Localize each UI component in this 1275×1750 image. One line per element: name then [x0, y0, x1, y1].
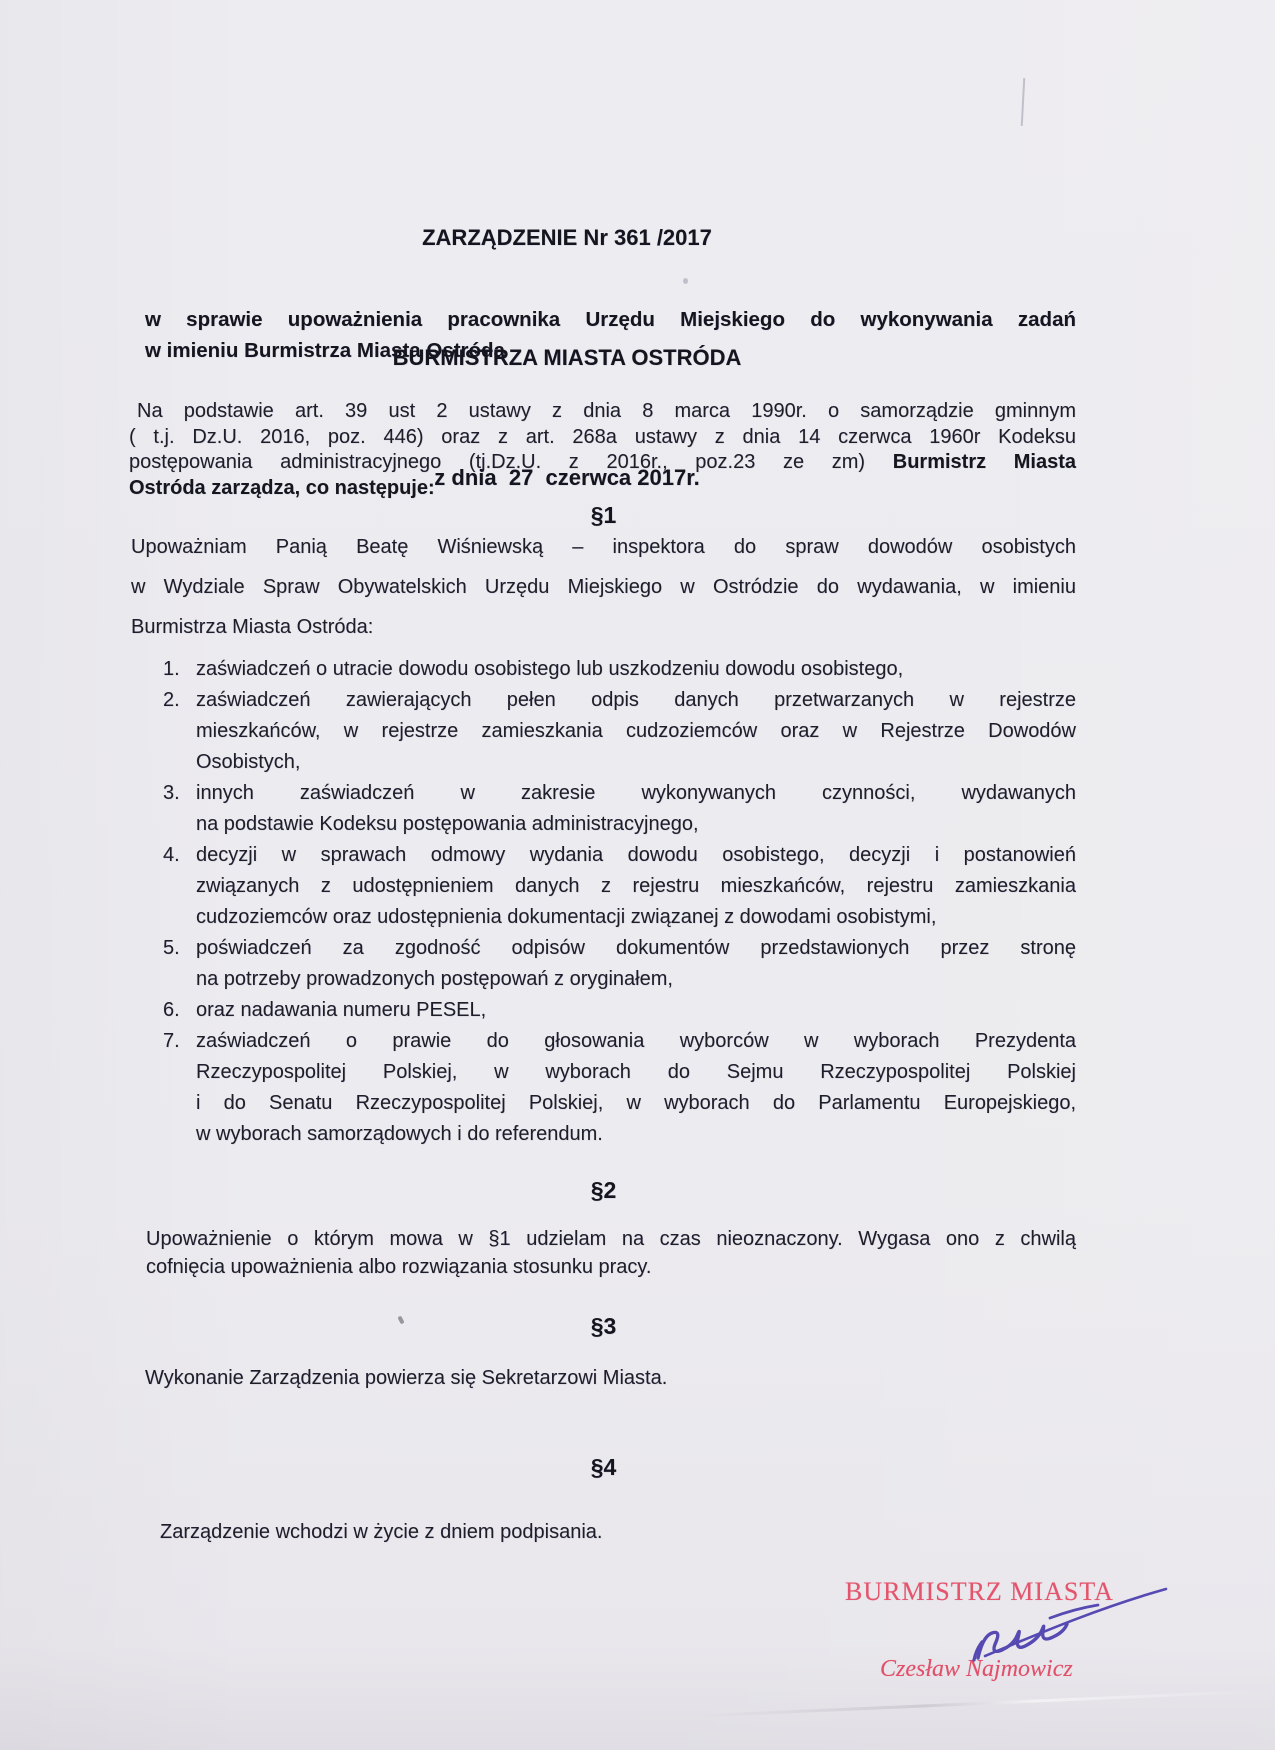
list-item-text: decyzji w sprawach odmowy wydania dowodu… [196, 840, 1076, 871]
subject-line-1: w sprawie upoważnienia pracownika Urzędu… [145, 304, 1076, 335]
intro-line-1: Na podstawie art. 39 ust 2 ustawy z dnia… [129, 399, 1076, 425]
list-item-text: na podstawie Kodeksu postępowania admini… [196, 809, 1076, 840]
list-item-number: 7. [163, 1026, 180, 1057]
signature-ink [938, 1572, 1178, 1672]
list-item-2: 2. zaświadczeń zawierających pełen odpis… [163, 685, 1076, 778]
list-item-text: Rzeczypospolitej Polskiej, w wyborach do… [196, 1057, 1076, 1088]
list-item-number: 6. [163, 995, 180, 1026]
list-item-text: w wyborach samorządowych i do referendum… [196, 1119, 1076, 1150]
list-item-text: i do Senatu Rzeczypospolitej Polskiej, w… [196, 1088, 1076, 1119]
intro-line-2: ( t.j. Dz.U. 2016, poz. 446) oraz z art.… [129, 425, 1076, 451]
list-item-text: zaświadczeń o utracie dowodu osobistego … [196, 654, 1076, 685]
list-item-number: 1. [163, 654, 180, 685]
list-item-text: oraz nadawania numeru PESEL, [196, 995, 1076, 1026]
section-1-paragraph: Upoważniam Panią Beatę Wiśniewską – insp… [131, 527, 1076, 647]
scanned-document-page: ZARZĄDZENIE Nr 361 /2017 BURMISTRZA MIAS… [0, 0, 1275, 1750]
list-item-7: 7. zaświadczeń o prawie do głosowania wy… [163, 1026, 1076, 1150]
list-item-number: 3. [163, 778, 180, 809]
list-item-text: innych zaświadczeń w zakresie wykonywany… [196, 778, 1076, 809]
list-item-text: związanych z udostępnieniem danych z rej… [196, 871, 1076, 902]
section-2-paragraph: Upoważnienie o którym mowa w §1 udzielam… [146, 1225, 1076, 1281]
list-item-number: 4. [163, 840, 180, 871]
scan-hairline-artifact [1021, 78, 1026, 126]
list-item-text: na potrzeby prowadzonych postępowań z or… [196, 964, 1076, 995]
section-1-mark: §1 [131, 502, 1076, 529]
list-item-text: zaświadczeń o prawie do głosowania wybor… [196, 1026, 1076, 1057]
document-subject: w sprawie upoważnienia pracownika Urzędu… [145, 304, 1076, 366]
section-4-text: Zarządzenie wchodzi w życie z dniem podp… [160, 1521, 960, 1544]
section-2-line-1: Upoważnienie o którym mowa w §1 udzielam… [146, 1225, 1076, 1253]
section-3-text: Wykonanie Zarządzenia powierza się Sekre… [145, 1367, 945, 1390]
list-item-text: mieszkańców, w rejestrze zamieszkania cu… [196, 716, 1076, 747]
section-1-line-1: Upoważniam Panią Beatę Wiśniewską – insp… [131, 527, 1076, 567]
section-3-mark: §3 [131, 1313, 1076, 1340]
intro-line-3-normal: postępowania administracyjnego (tj.Dz.U.… [129, 451, 865, 473]
list-item-5: 5. poświadczeń za zgodność odpisów dokum… [163, 933, 1076, 995]
intro-line-3-bold: Burmistrz Miasta [893, 451, 1076, 473]
list-item-3: 3. innych zaświadczeń w zakresie wykonyw… [163, 778, 1076, 840]
section-1-line-2: w Wydziale Spraw Obywatelskich Urzędu Mi… [131, 567, 1076, 607]
section-4-mark: §4 [131, 1454, 1076, 1481]
authorization-list: 1. zaświadczeń o utracie dowodu osobiste… [163, 654, 1076, 1150]
list-item-text: zaświadczeń zawierających pełen odpis da… [196, 685, 1076, 716]
title-line-number: ZARZĄDZENIE Nr 361 /2017 [95, 218, 1039, 258]
list-item-text: Osobistych, [196, 747, 1076, 778]
paper-crease-artifact [700, 1690, 1260, 1717]
intro-line-4: Ostróda zarządza, co następuje: [129, 476, 1076, 502]
section-2-mark: §2 [131, 1177, 1076, 1204]
subject-line-2: w imieniu Burmistrza Miasta Ostróda [145, 335, 1076, 366]
list-item-4: 4. decyzji w sprawach odmowy wydania dow… [163, 840, 1076, 933]
list-item-number: 2. [163, 685, 180, 716]
list-item-text: cudzoziemców oraz udostępnienia dokument… [196, 902, 1076, 933]
section-2-line-2: cofnięcia upoważnienia albo rozwiązania … [146, 1253, 1076, 1281]
list-item-number: 5. [163, 933, 180, 964]
section-1-line-3: Burmistrza Miasta Ostróda: [131, 607, 1076, 647]
list-item-1: 1. zaświadczeń o utracie dowodu osobiste… [163, 654, 1076, 685]
legal-basis-paragraph: Na podstawie art. 39 ust 2 ustawy z dnia… [129, 399, 1076, 501]
list-item-text: poświadczeń za zgodność odpisów dokument… [196, 933, 1076, 964]
intro-line-3: postępowania administracyjnego (tj.Dz.U.… [129, 450, 1076, 476]
list-item-6: 6. oraz nadawania numeru PESEL, [163, 995, 1076, 1026]
